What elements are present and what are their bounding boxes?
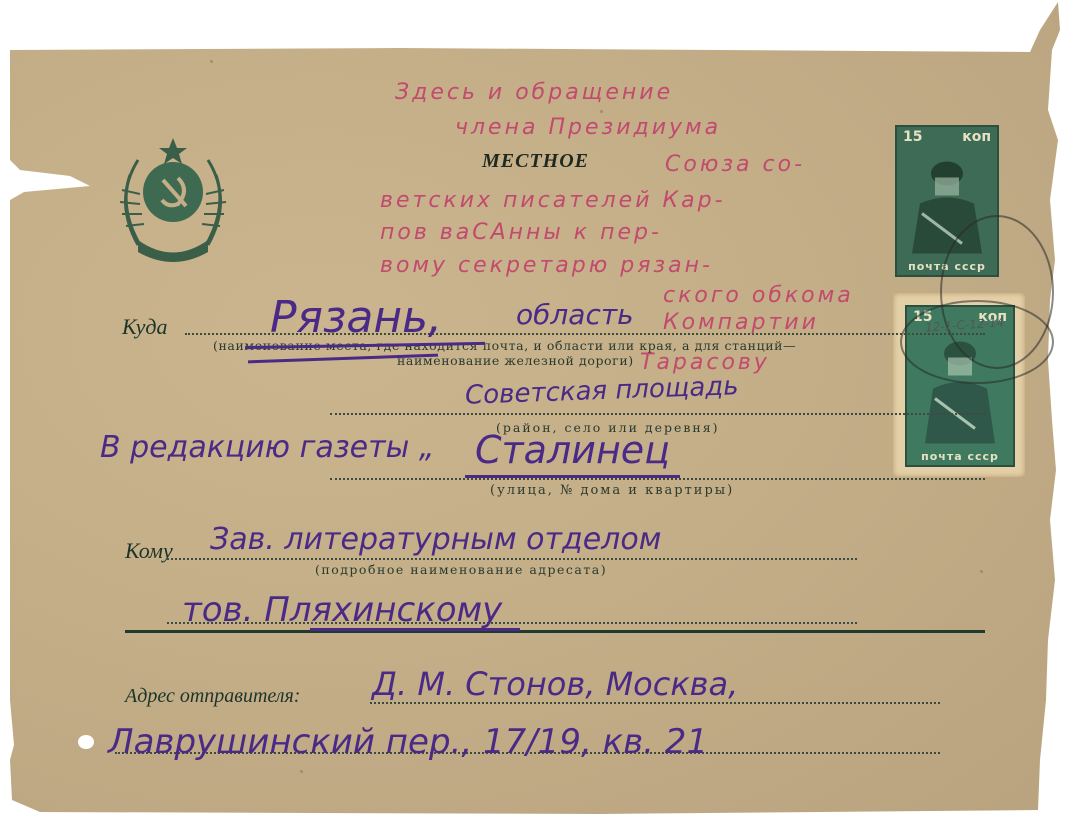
handwritten-region: область <box>516 298 634 331</box>
sender-label: Адрес отправителя: <box>125 685 300 708</box>
red-annotation-line-7: ского обкома <box>663 283 854 308</box>
paper-speck <box>600 110 603 113</box>
whom-sub-caption: (подробное наименование адресата) <box>315 562 607 577</box>
postmark-circle <box>900 300 1054 384</box>
envelope-type-header: МЕСТНОЕ <box>482 150 589 173</box>
red-annotation-line-8: Компартии <box>663 310 819 335</box>
underline-stroke <box>310 628 520 631</box>
to-label: Куда <box>122 314 168 340</box>
red-annotation-line-3: Союза со- <box>665 152 805 177</box>
red-annotation-line-9: Тарасову <box>640 350 770 375</box>
red-annotation-line-5: пов ваСАнны к пер- <box>380 220 662 245</box>
paper-speck <box>980 570 983 573</box>
stamp-value: 15 <box>903 129 922 145</box>
address-line-2 <box>330 413 985 415</box>
red-annotation-line-6: вому секретарю рязан- <box>380 253 713 278</box>
handwritten-editorial: В редакцию газеты „ <box>100 430 434 465</box>
recipient-line-1 <box>167 558 857 560</box>
handwritten-recipient-2: тов. Пляхинскому <box>182 590 502 630</box>
street-sub-caption: (улица, № дома и квартиры) <box>490 483 734 498</box>
ussr-emblem-icon <box>108 130 238 270</box>
handwritten-city: Рязань, <box>270 292 442 343</box>
handwritten-sender-1: Д. М. Стонов, Москва, <box>372 665 738 703</box>
red-annotation-line-2: члена Президиума <box>455 115 721 140</box>
paper-speck <box>210 60 213 63</box>
handwritten-newspaper: Сталинец <box>475 428 670 472</box>
stamp-caption: почта ссср <box>921 450 999 465</box>
paper-hole <box>78 735 94 749</box>
address-line-3 <box>330 478 985 480</box>
underline-stroke <box>465 475 680 478</box>
handwritten-sender-2: Лаврушинский пер., 17/19, кв. 21 <box>108 722 708 762</box>
paper-speck <box>300 770 303 773</box>
stamp-unit: коп <box>962 129 991 145</box>
red-annotation-line-4: ветских писателей Кар- <box>380 188 726 213</box>
red-annotation-line-1: Здесь и обращение <box>395 80 673 105</box>
section-divider <box>125 630 985 633</box>
whom-label: Кому <box>125 538 173 564</box>
handwritten-recipient-1: Зав. литературным отделом <box>210 522 661 557</box>
